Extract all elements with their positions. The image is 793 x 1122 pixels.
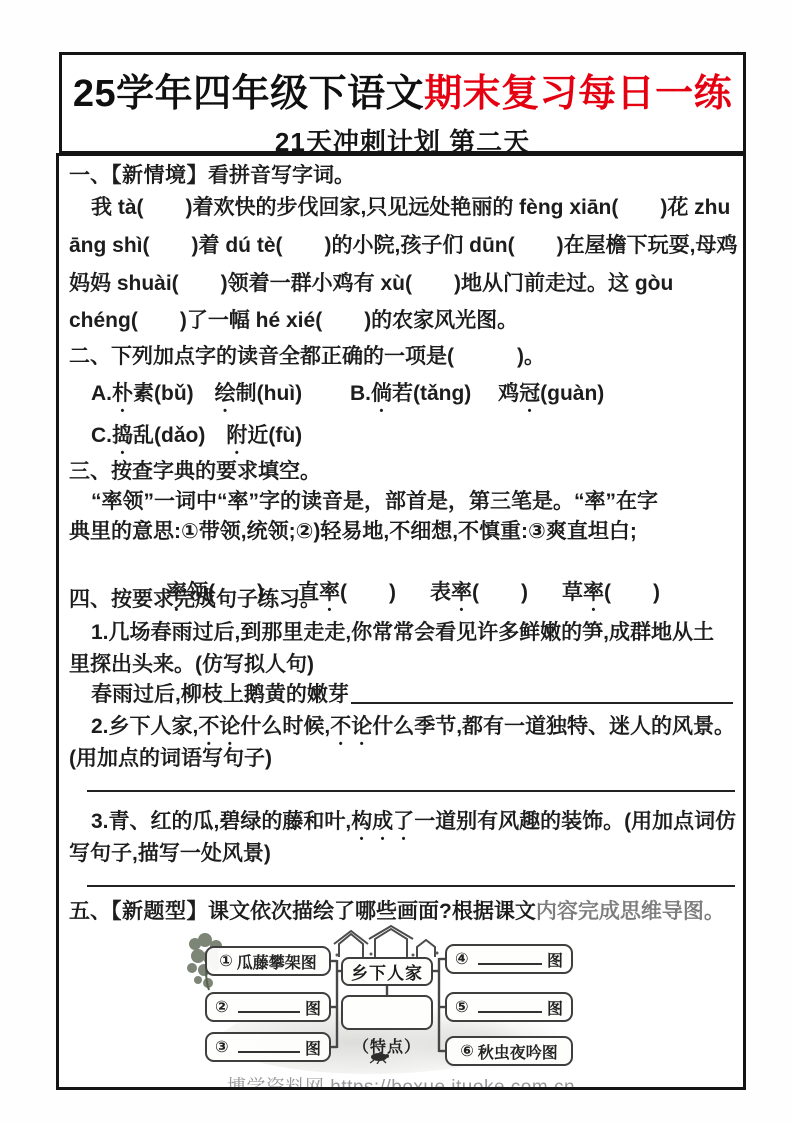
section-4-heading: 四、按要求完成句子练习。 xyxy=(69,585,735,615)
map-box-2-label: 图 xyxy=(305,996,321,1019)
section-1-tag: 【新情境】 xyxy=(111,164,208,187)
text-part: 2.乡下人家, xyxy=(91,715,198,738)
map-box-4: ④图 xyxy=(445,944,573,974)
page-title: 25学年四年级下语文期末复习每日一练 xyxy=(62,62,743,117)
map-box-6-label: 秋虫夜吟图 xyxy=(478,1040,558,1063)
center-topic-box: 乡下人家 xyxy=(341,957,433,986)
question-2-line-2: (用加点的词语写句子) xyxy=(69,744,735,774)
dotted-word: 不论 xyxy=(198,715,240,738)
text-part: 若(tǎng) 鸡 xyxy=(392,382,519,405)
title-black-part: 25学年四年级下语文 xyxy=(73,73,424,115)
pinyin-line-1: 我 tà( )着欢快的步伐回家,只见远处艳丽的 fèng xiān( )花 zh… xyxy=(69,193,735,223)
map-box-1-number: ① xyxy=(219,951,233,971)
section-2-heading: 二、下列加点字的读音全都正确的一项是( )。 xyxy=(69,342,735,372)
map-box-1-label: 瓜藤攀架图 xyxy=(237,950,317,973)
map-box-3-label: 图 xyxy=(305,1036,321,1059)
house-illustration xyxy=(329,923,441,961)
answer-blank-line xyxy=(351,702,733,704)
pinyin-line-2: āng shì( )着 dú tè( )的小院,孩子们 dūn( )在屋檐下玩耍… xyxy=(69,231,735,261)
answer-line-q3 xyxy=(87,885,735,887)
map-box-5-blank xyxy=(478,1011,542,1013)
text-part: A. xyxy=(91,382,112,405)
map-box-2-blank xyxy=(238,1011,300,1013)
text-part: (guàn) xyxy=(540,382,604,405)
dotted-word: 绘 xyxy=(215,382,236,405)
section-1-title: 看拼音写字词。 xyxy=(208,164,355,187)
map-box-3-blank xyxy=(238,1051,300,1053)
option-row-c: C.捣乱(dǎo) 附近(fù) xyxy=(69,421,735,459)
section-1-number: 一、 xyxy=(69,164,111,187)
map-box-6: ⑥秋虫夜吟图 xyxy=(445,1036,573,1066)
map-box-4-blank xyxy=(478,963,542,965)
dictionary-line-1: “率领”一词中“率”字的读音是，部首是，第三笔是。“率”在字 xyxy=(69,487,735,517)
title-red-part: 期末复习每日一练 xyxy=(424,73,732,115)
map-box-2: ②图 xyxy=(205,992,331,1022)
feature-empty-box xyxy=(341,995,433,1030)
text-part: C. xyxy=(91,424,112,447)
section-5-title: 课文依次描绘了哪些画面?根据课文 xyxy=(208,900,536,923)
section-3-heading: 三、按查字典的要求填空。 xyxy=(69,457,735,487)
pinyin-line-4: chéng( )了一幅 hé xié( )的农家风光图。 xyxy=(69,306,735,336)
section-1-heading: 一、【新情境】看拼音写字词。 xyxy=(69,161,735,191)
dotted-word: 不论 xyxy=(330,715,372,738)
text-part: 素(bǔ) xyxy=(133,382,215,405)
map-box-5: ⑤图 xyxy=(445,992,573,1022)
pinyin-line-3: 妈妈 shuài( )领着一群小鸡有 xù( )地从门前走过。这 gòu xyxy=(69,269,735,299)
dotted-word: 附 xyxy=(226,424,247,447)
map-box-6-number: ⑥ xyxy=(460,1041,474,1061)
answer-prefix: 春雨过后,柳枝上鹅黄的嫩芽 xyxy=(91,680,349,710)
question-1-line-1: 1.几场春雨过后,到那里走走,你常常会看见许多鲜嫩的笋,成群地从土 xyxy=(69,618,735,648)
cricket-icon xyxy=(367,1050,391,1064)
section-5-title-faded: 内容完成思维导图。 xyxy=(536,900,725,923)
text-part: 制(huì) B. xyxy=(236,382,371,405)
section-5-number: 五、 xyxy=(69,900,111,923)
section-5-tag: 【新题型】 xyxy=(111,900,208,923)
question-1-line-2: 里探出头来。(仿写拟人句) xyxy=(69,650,735,680)
map-box-1: ①瓜藤攀架图 xyxy=(205,946,331,976)
text-part: 近(fù) xyxy=(247,424,302,447)
dotted-word: 构成了 xyxy=(351,810,414,833)
map-box-2-number: ② xyxy=(215,997,229,1017)
mind-map: ①瓜藤攀架图 ②图 ③图 乡下人家 （特点） ④图 ⑤图 ⑥秋虫夜吟图 xyxy=(191,926,589,1070)
worksheet-page: 25学年四年级下语文期末复习每日一练 21天冲刺计划 第二天 一、【新情境】看拼… xyxy=(0,0,793,1122)
footer-watermark: 博学资料网 https://boxue.ituoke.com.cn xyxy=(59,1072,743,1090)
dotted-word: 冠 xyxy=(519,382,540,405)
map-box-4-label: 图 xyxy=(547,948,563,971)
map-box-4-number: ④ xyxy=(455,949,469,969)
dotted-word: 朴 xyxy=(112,382,133,405)
dotted-word: 捣 xyxy=(112,424,133,447)
title-box: 25学年四年级下语文期末复习每日一练 21天冲刺计划 第二天 xyxy=(59,52,746,154)
question-1-answer-row: 春雨过后,柳枝上鹅黄的嫩芽 xyxy=(69,680,735,710)
option-row-ab: A.朴素(bǔ) 绘制(huì) B.倘若(tǎng) 鸡冠(guàn) xyxy=(69,379,735,417)
answer-line-q2 xyxy=(87,790,735,792)
map-box-3-number: ③ xyxy=(215,1037,229,1057)
map-box-3: ③图 xyxy=(205,1032,331,1062)
dictionary-line-2: 典里的意思:①带领,统领;②)轻易地,不细想,不慎重:③爽直坦白; xyxy=(69,517,735,547)
worksheet-body: 一、【新情境】看拼音写字词。 我 tà( )着欢快的步伐回家,只见远处艳丽的 f… xyxy=(56,153,746,1090)
map-box-5-label: 图 xyxy=(547,996,563,1019)
text-part: 什么季节,都有一道独特、迷人的风景。 xyxy=(372,715,735,738)
text-part: 什么时候, xyxy=(240,715,330,738)
text-part: 3.青、红的瓜,碧绿的藤和叶, xyxy=(91,810,351,833)
text-part: 一道别有风趣的装饰。(用加点词仿 xyxy=(414,810,736,833)
question-3-line-2: 写句子,描写一处风景) xyxy=(69,839,735,869)
map-box-5-number: ⑤ xyxy=(455,997,469,1017)
text-part: 乱(dǎo) xyxy=(133,424,226,447)
dotted-word: 倘 xyxy=(371,382,392,405)
